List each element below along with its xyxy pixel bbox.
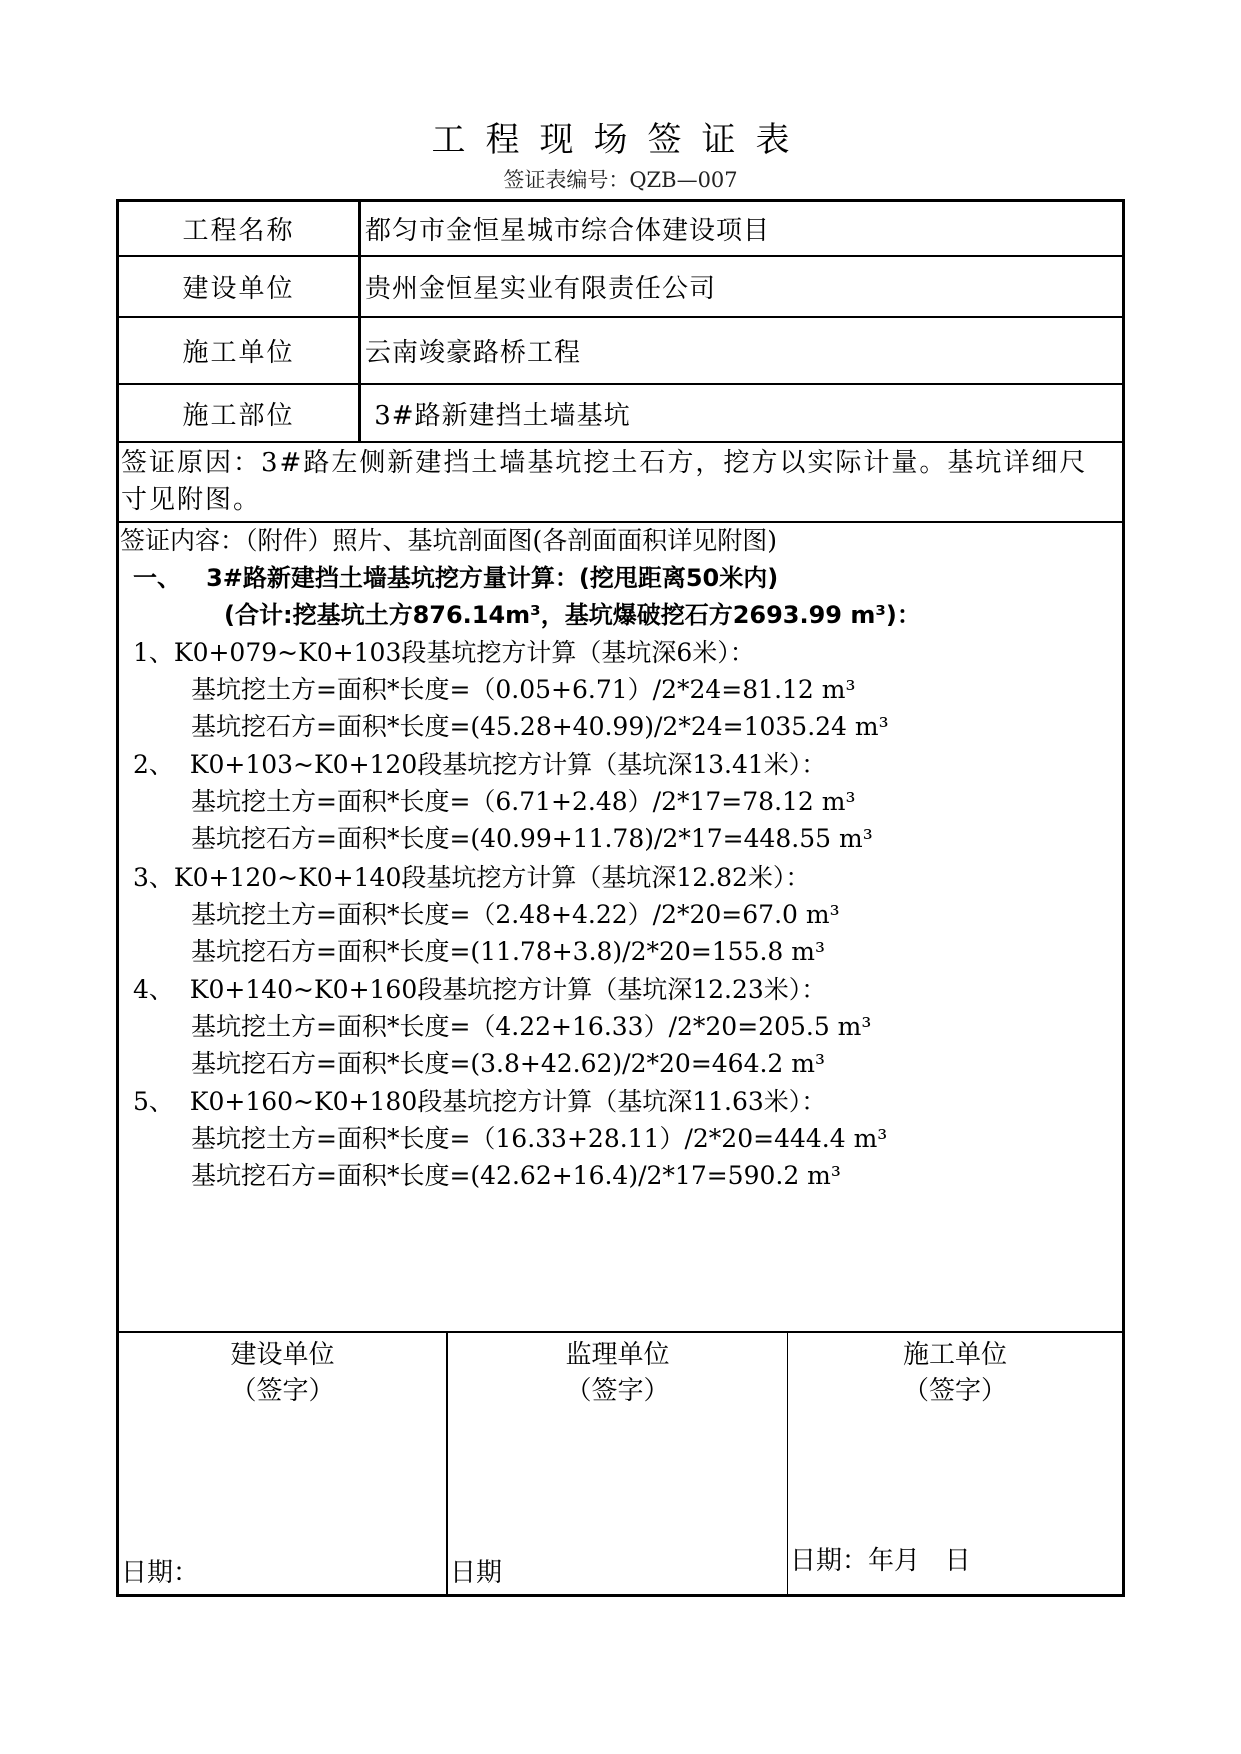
section-4-rock: 基坑挖石方=面积*长度=(3.8+42.62)/2*20=464.2 m³ bbox=[191, 1046, 825, 1082]
info-row-contractor: 施工单位 云南竣豪路桥工程 bbox=[119, 318, 1122, 385]
section-2-soil: 基坑挖土方=面积*长度=（6.71+2.48）/2*17=78.12 m³ bbox=[191, 784, 856, 820]
section-4-title: 4、 K0+140~K0+160段基坑挖方计算（基坑深12.23米）： bbox=[133, 972, 826, 1008]
visa-reason: 签证原因：3#路左侧新建挡土墙基坑挖土石方，挖方以实际计量。基坑详细尺 寸见附图… bbox=[119, 443, 1122, 523]
form-number: 签证表编号：QZB—007 bbox=[0, 166, 1241, 194]
signature-placeholder[interactable]: （签字） bbox=[448, 1373, 787, 1409]
section-3-soil: 基坑挖土方=面积*长度=（2.48+4.22）/2*20=67.0 m³ bbox=[191, 897, 840, 933]
signature-role: 建设单位 bbox=[119, 1337, 446, 1373]
section-5-title: 5、 K0+160~K0+180段基坑挖方计算（基坑深11.63米）： bbox=[133, 1084, 826, 1120]
section-1-rock: 基坑挖石方=面积*长度=(45.28+40.99)/2*24=1035.24 m… bbox=[191, 709, 889, 745]
signature-owner: 建设单位 （签字） 日期： bbox=[119, 1333, 448, 1594]
signature-placeholder[interactable]: （签字） bbox=[788, 1373, 1122, 1409]
reason-line-1: 签证原因：3#路左侧新建挡土墙基坑挖土石方，挖方以实际计量。基坑详细尺 bbox=[121, 445, 1120, 482]
reason-line-2: 寸见附图。 bbox=[121, 482, 1120, 519]
row-label: 工程名称 bbox=[119, 202, 361, 255]
row-value: 贵州金恒星实业有限责任公司 bbox=[361, 257, 1122, 316]
info-row-owner: 建设单位 贵州金恒星实业有限责任公司 bbox=[119, 257, 1122, 318]
section-5-rock: 基坑挖石方=面积*长度=(42.62+16.4)/2*17=590.2 m³ bbox=[191, 1158, 841, 1194]
signature-role: 监理单位 bbox=[448, 1337, 787, 1373]
visa-content: 签证内容：（附件）照片、基坑剖面图(各剖面面积详见附图) 一、 3#路新建挡土墙… bbox=[119, 523, 1122, 1333]
info-row-location: 施工部位 3#路新建挡土墙基坑 bbox=[119, 385, 1122, 443]
content-intro: 签证内容：（附件）照片、基坑剖面图(各剖面面积详见附图) bbox=[120, 523, 777, 559]
signature-date[interactable]: 日期 bbox=[450, 1555, 502, 1591]
signature-placeholder[interactable]: （签字） bbox=[119, 1373, 446, 1409]
row-label: 建设单位 bbox=[119, 257, 361, 316]
content-heading: 一、 3#路新建挡土墙基坑挖方量计算：(挖甩距离50米内) bbox=[133, 560, 778, 596]
signature-role: 施工单位 bbox=[788, 1337, 1122, 1373]
row-value: 云南竣豪路桥工程 bbox=[361, 318, 1122, 383]
content-total: (合计:挖基坑土方876.14m³，基坑爆破挖石方2693.99 m³)： bbox=[224, 597, 921, 633]
row-label: 施工单位 bbox=[119, 318, 361, 383]
section-4-soil: 基坑挖土方=面积*长度=（4.22+16.33）/2*20=205.5 m³ bbox=[191, 1009, 871, 1045]
section-2-rock: 基坑挖石方=面积*长度=(40.99+11.78)/2*17=448.55 m³ bbox=[191, 821, 873, 857]
row-label: 施工部位 bbox=[119, 385, 361, 441]
visa-form-table: 工程名称 都匀市金恒星城市综合体建设项目 建设单位 贵州金恒星实业有限责任公司 … bbox=[116, 199, 1125, 1597]
section-1-soil: 基坑挖土方=面积*长度=（0.05+6.71）/2*24=81.12 m³ bbox=[191, 672, 856, 708]
signature-date[interactable]: 日期：年月 日 bbox=[790, 1543, 971, 1579]
section-5-soil: 基坑挖土方=面积*长度=（16.33+28.11）/2*20=444.4 m³ bbox=[191, 1121, 887, 1157]
section-2-title: 2、 K0+103~K0+120段基坑挖方计算（基坑深13.41米）： bbox=[133, 747, 826, 783]
signature-supervisor: 监理单位 （签字） 日期 bbox=[448, 1333, 788, 1594]
section-1-title: 1、K0+079~K0+103段基坑挖方计算（基坑深6米）： bbox=[133, 635, 755, 671]
section-3-title: 3、K0+120~K0+140段基坑挖方计算（基坑深12.82米）： bbox=[133, 860, 810, 896]
info-row-project-name: 工程名称 都匀市金恒星城市综合体建设项目 bbox=[119, 202, 1122, 257]
row-value: 3#路新建挡土墙基坑 bbox=[361, 385, 1122, 441]
signature-date[interactable]: 日期： bbox=[121, 1555, 199, 1591]
section-3-rock: 基坑挖石方=面积*长度=(11.78+3.8)/2*20=155.8 m³ bbox=[191, 934, 825, 970]
document-title: 工程现场签证表 bbox=[0, 118, 1241, 162]
row-value: 都匀市金恒星城市综合体建设项目 bbox=[361, 202, 1122, 255]
signature-contractor: 施工单位 （签字） 日期：年月 日 bbox=[788, 1333, 1122, 1594]
